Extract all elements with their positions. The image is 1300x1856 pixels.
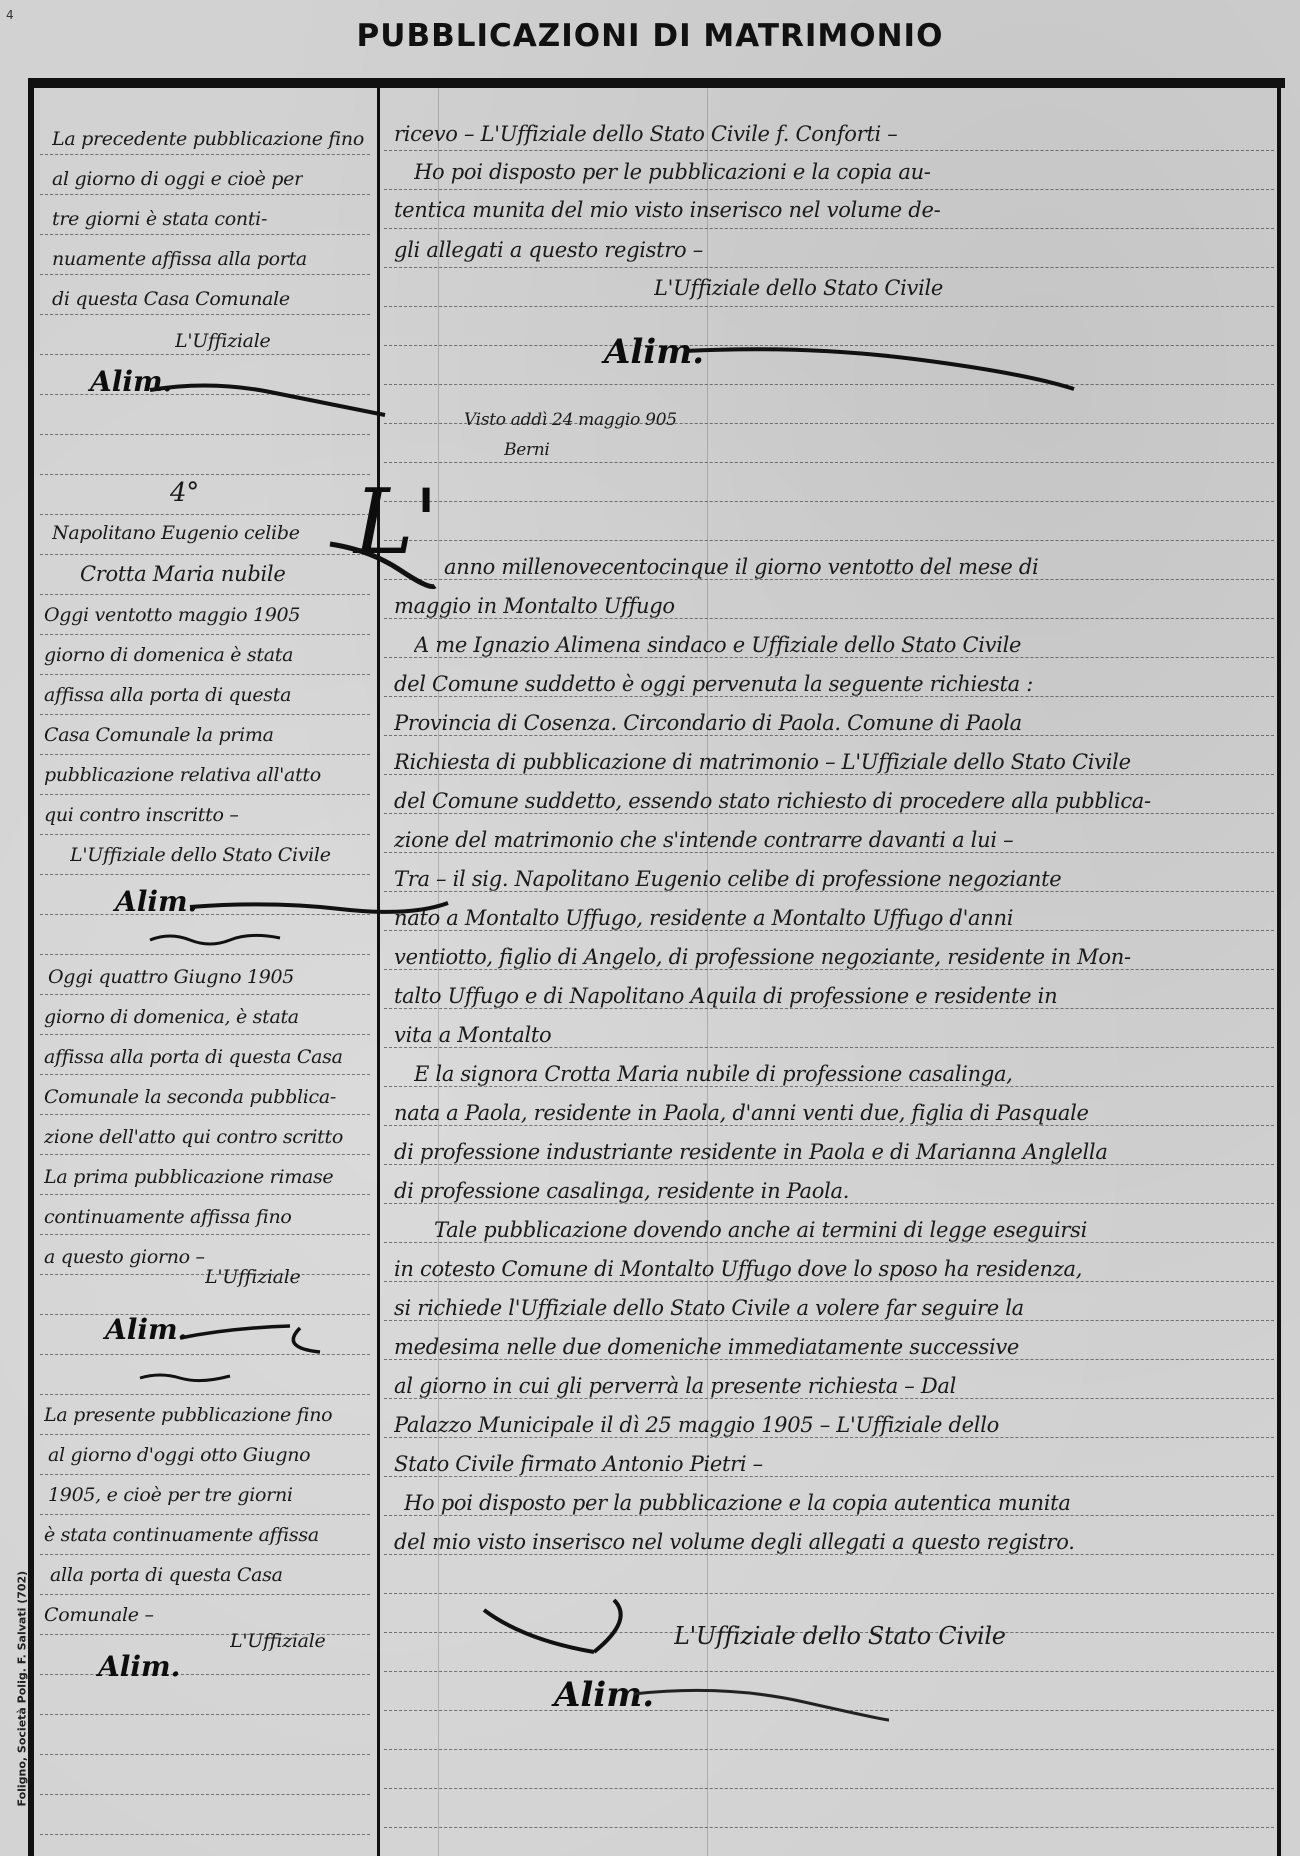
frame-left-border	[28, 78, 34, 1856]
entry-number: 4°	[170, 478, 199, 508]
underline-flourish-icon	[140, 1370, 240, 1384]
column-divider	[377, 78, 380, 1856]
signature-title: L'Uffiziale dello Stato Civile	[674, 1622, 1006, 1650]
annotation-line: tre giorni è stata conti-	[52, 208, 267, 230]
spouse-name: Crotta Maria nubile	[80, 562, 285, 586]
signature-flourish-icon	[484, 1600, 644, 1660]
annotation-line: giorno di domenica, è stata	[44, 1006, 299, 1028]
annotation-line: al giorno d'oggi otto Giugno	[48, 1444, 310, 1466]
act-line: al giorno in cui gli perverrà la present…	[394, 1374, 956, 1398]
annotation-line: 1905, e cioè per tre giorni	[48, 1484, 293, 1506]
act-line: Tra – il sig. Napolitano Eugenio celibe …	[394, 867, 1061, 891]
act-line: anno millenovecentocinque il giorno vent…	[444, 555, 1038, 579]
spouse-name: Napolitano Eugenio celibe	[52, 522, 300, 544]
annotation-line: qui contro inscritto –	[44, 804, 239, 826]
act-line: A me Ignazio Alimena sindaco e Uffiziale…	[414, 633, 1021, 657]
frame-right-border	[1277, 78, 1281, 1856]
act-line: talto Uffugo e di Napolitano Aquila di p…	[394, 984, 1057, 1008]
annotation-line: Comunale la seconda pubblica-	[44, 1086, 336, 1108]
signature-title: L'Uffiziale	[175, 330, 270, 352]
act-line: Richiesta di pubblicazione di matrimonio…	[394, 750, 1131, 774]
act-line: di professione casalinga, residente in P…	[394, 1179, 849, 1203]
annotation-line: Oggi ventotto maggio 1905	[44, 604, 300, 626]
act-line: del Comune suddetto è oggi pervenuta la …	[394, 672, 1033, 696]
act-line: del mio visto inserisco nel volume degli…	[394, 1530, 1075, 1554]
signature-title: L'Uffiziale dello Stato Civile	[70, 844, 331, 866]
annotation-line: è stata continuamente affissa	[44, 1524, 319, 1546]
visto-line: Visto addì 24 maggio 905	[464, 410, 677, 430]
act-line: medesima nelle due domeniche immediatame…	[394, 1335, 1019, 1359]
act-line: del Comune suddetto, essendo stato richi…	[394, 789, 1151, 813]
connecting-flourish-icon	[330, 540, 440, 590]
annotation-line: Oggi quattro Giugno 1905	[48, 966, 294, 988]
visto-signature: Berni	[504, 440, 550, 460]
annotation-line: Comunale –	[44, 1604, 154, 1626]
underline-flourish-icon	[150, 932, 290, 946]
act-line: ventiotto, figlio di Angelo, di professi…	[394, 945, 1131, 969]
official-signature: Alim.	[98, 1650, 180, 1683]
official-signature: Alim.	[105, 1313, 187, 1346]
annotation-line: alla porta di questa Casa	[50, 1564, 283, 1586]
annotation-line: di questa Casa Comunale	[52, 288, 290, 310]
official-signature: Alim.	[115, 885, 197, 918]
act-line: Ho poi disposto per le pubblicazioni e l…	[414, 160, 931, 184]
signature-title: L'Uffiziale	[205, 1266, 300, 1288]
signature-flourish-icon	[150, 370, 390, 420]
signature-flourish-icon	[634, 1688, 894, 1728]
annotation-line: al giorno di oggi e cioè per	[52, 168, 303, 190]
annotation-line: affissa alla porta di questa	[44, 684, 291, 706]
act-line: Tale pubblicazione dovendo anche ai term…	[434, 1218, 1087, 1242]
act-line: nato a Montalto Uffugo, residente a Mont…	[394, 906, 1013, 930]
annotation-line: continuamente affissa fino	[44, 1206, 292, 1228]
annotation-line: nuamente affissa alla porta	[52, 248, 307, 270]
printer-imprint: Foligno, Società Polig. F. Salvati (702)	[16, 1647, 29, 1807]
annotation-line: La precedente pubblicazione fino	[52, 128, 364, 150]
signature-flourish-icon	[684, 345, 1084, 395]
act-line: Stato Civile firmato Antonio Pietri –	[394, 1452, 763, 1476]
act-line: si richiede l'Uffiziale dello Stato Civi…	[394, 1296, 1024, 1320]
act-line: in cotesto Comune di Montalto Uffugo dov…	[394, 1257, 1082, 1281]
annotation-line: zione dell'atto qui contro scritto	[44, 1126, 343, 1148]
act-line: di professione industriante residente in…	[394, 1140, 1108, 1164]
register-page: 4 PUBBLICAZIONI DI MATRIMONIO Foligno, S…	[0, 0, 1300, 1856]
act-line: gli allegati a questo registro –	[394, 238, 703, 262]
act-line: maggio in Montalto Uffugo	[394, 594, 675, 618]
act-line: ricevo – L'Uffiziale dello Stato Civile …	[394, 122, 898, 146]
act-line: vita a Montalto	[394, 1023, 551, 1047]
annotation-line: Casa Comunale la prima	[44, 724, 274, 746]
left-column-annotations: La precedente pubblicazione fino al gior…	[40, 0, 375, 1856]
act-line: nata a Paola, residente in Paola, d'anni…	[394, 1101, 1089, 1125]
annotation-line: La prima pubblicazione rimase	[44, 1166, 333, 1188]
act-line: Palazzo Municipale il dì 25 maggio 1905 …	[394, 1413, 999, 1437]
annotation-line: affissa alla porta di questa Casa	[44, 1046, 343, 1068]
act-line: zione del matrimonio che s'intende contr…	[394, 828, 1013, 852]
act-line: Provincia di Cosenza. Circondario di Pao…	[394, 711, 1022, 735]
act-line: tentica munita del mio visto inserisco n…	[394, 198, 940, 222]
right-column-act: ricevo – L'Uffiziale dello Stato Civile …	[384, 0, 1274, 1856]
annotation-line: pubblicazione relativa all'atto	[44, 764, 321, 786]
annotation-line: La presente pubblicazione fino	[44, 1404, 332, 1426]
act-line: E la signora Crotta Maria nubile di prof…	[414, 1062, 1013, 1086]
signature-flourish-icon	[180, 1318, 340, 1358]
act-line: Ho poi disposto per la pubblicazione e l…	[404, 1491, 1071, 1515]
annotation-line: a questo giorno –	[44, 1246, 205, 1268]
annotation-line: giorno di domenica è stata	[44, 644, 293, 666]
signature-title: L'Uffiziale	[230, 1630, 325, 1652]
signature-title: L'Uffiziale dello Stato Civile	[654, 276, 943, 300]
